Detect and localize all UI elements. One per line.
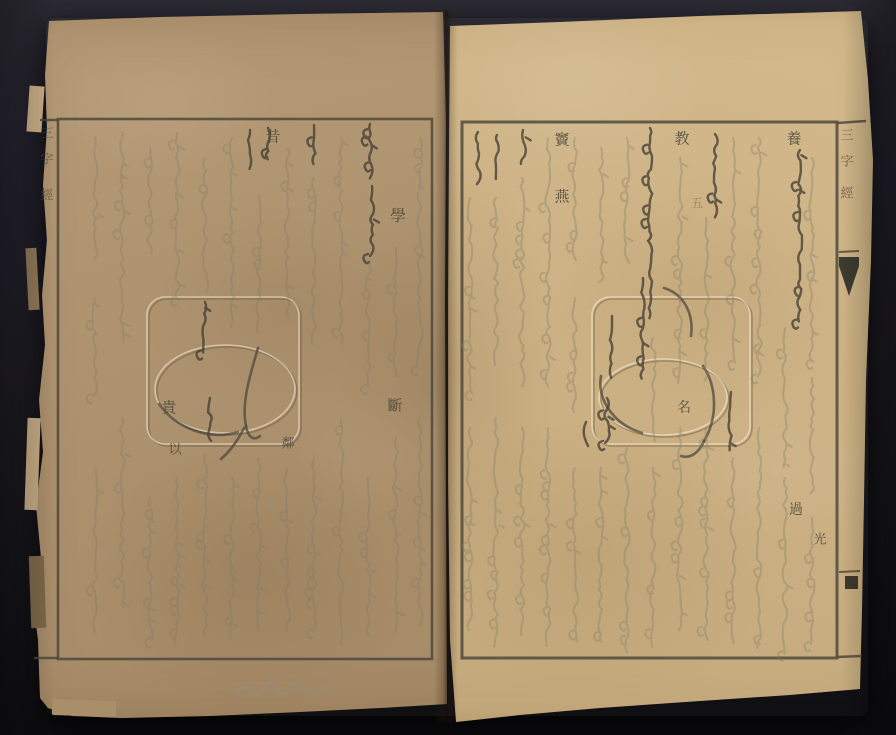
right-page-frame <box>462 121 866 658</box>
manchu-script-column <box>792 150 807 329</box>
margin-title-character: 字 <box>40 154 53 167</box>
frame-extension <box>837 656 862 657</box>
ink-overlay-svg <box>0 0 896 735</box>
embossed-stamp-border <box>149 299 301 446</box>
chinese-character: 燕 <box>554 190 569 205</box>
manchu-script-column <box>540 428 555 646</box>
printed-characters-layer: 昔學斷貴以鄰三字經竇燕教五養名過光三字經 <box>0 0 896 735</box>
manchu-script-column <box>282 148 294 317</box>
manchu-script-column <box>248 130 251 169</box>
manchu-script-column <box>567 138 577 260</box>
manchu-script-column <box>725 138 740 370</box>
torn-edge-fragment <box>52 699 117 717</box>
manchu-script-column <box>253 196 261 333</box>
manchu-script-column <box>262 128 270 159</box>
manchu-script-column <box>387 248 397 376</box>
manchu-script-column <box>778 478 792 660</box>
manchu-script-column <box>359 478 375 636</box>
manchu-script-column <box>804 158 817 369</box>
manchu-script-column <box>672 158 688 383</box>
manchu-script-column <box>645 468 659 647</box>
manchu-script-column <box>113 132 130 341</box>
manchu-script-column <box>777 328 792 468</box>
manchu-script-column <box>389 438 403 632</box>
manchu-script-column <box>200 158 208 292</box>
left-page-frame <box>34 119 432 659</box>
manchu-script-column <box>521 130 531 164</box>
manchu-script-column <box>224 478 238 638</box>
manchu-script-column <box>208 398 212 441</box>
manchu-script-column <box>567 468 581 642</box>
manchu-script-column <box>197 455 210 636</box>
manchu-script-column <box>598 398 614 450</box>
manchu-script-column <box>514 178 530 387</box>
manchu-script-column <box>651 338 655 441</box>
embossed-stamp-border <box>147 297 299 444</box>
manchu-script-column <box>476 132 481 184</box>
manchu-script-column <box>114 418 131 607</box>
manchu-script-column <box>729 392 736 450</box>
chinese-character: 斷 <box>387 399 402 414</box>
manchu-script-column <box>750 138 766 383</box>
manchu-script-column <box>223 138 237 328</box>
manchu-script-column <box>539 138 555 386</box>
manchu-script-column <box>700 218 711 381</box>
margin-title-character: 字 <box>840 156 853 169</box>
text-frame-border <box>462 122 837 658</box>
embossed-stamp-ellipse <box>157 347 297 435</box>
manchu-script-column <box>307 125 315 164</box>
stamp-ink-stroke <box>221 428 244 459</box>
chinese-character: 五 <box>691 197 703 209</box>
manchu-script-column <box>364 186 379 263</box>
margin-title-character: 經 <box>40 190 53 203</box>
manchu-script-column <box>488 418 504 646</box>
right-page <box>0 0 896 735</box>
chinese-character: 貴 <box>161 401 176 416</box>
manchu-script-column <box>810 378 814 493</box>
manchu-script-column <box>642 128 653 318</box>
margin-title-character: 三 <box>840 130 853 143</box>
manchu-script-column <box>280 468 292 631</box>
chinese-character: 光 <box>813 534 826 547</box>
banxin-divider <box>839 251 859 252</box>
frame-extension <box>837 121 866 123</box>
torn-edge-fragment <box>26 86 44 133</box>
stamp-ink-stroke <box>681 441 704 457</box>
manchu-script-column <box>362 124 377 178</box>
chinese-character: 教 <box>674 132 689 147</box>
margin-title-character: 經 <box>840 188 853 201</box>
manchu-script-column <box>462 198 476 400</box>
chinese-character: 竇 <box>554 133 569 148</box>
stamp-ink-stroke <box>245 348 258 426</box>
manchu-script-column <box>725 458 736 643</box>
chinese-character: 學 <box>390 208 406 224</box>
stamp-ink-stroke <box>664 288 692 336</box>
chinese-character: 養 <box>786 132 801 147</box>
left-page <box>0 0 896 735</box>
embossed-stamps <box>147 288 752 459</box>
manchu-script-column <box>621 138 634 263</box>
manchu-script-column <box>672 428 687 630</box>
manchu-script-column <box>197 302 211 360</box>
embossed-stamp-ellipse <box>599 359 727 435</box>
chinese-character: 以 <box>168 444 181 457</box>
manchu-script-column <box>698 428 714 640</box>
stamp-ink-stroke <box>246 426 260 438</box>
manchu-script-column <box>305 458 321 638</box>
manchu-script-column <box>411 138 424 375</box>
manchu-script-column <box>87 468 103 632</box>
manchu-script-column <box>333 418 344 645</box>
chinese-character: 鄰 <box>281 438 294 451</box>
manchu-script-column <box>361 262 372 394</box>
fishtail-marker <box>839 257 859 296</box>
photo-background: 昔學斷貴以鄰三字經竇燕教五養名過光三字經 <box>0 0 896 735</box>
manchu-script-column <box>143 498 156 647</box>
text-frame-border <box>58 119 432 659</box>
manchu-script-column <box>145 148 153 253</box>
embossed-stamp-ellipse <box>155 345 295 433</box>
banxin-divider <box>839 571 860 572</box>
manchu-script-column <box>514 428 530 635</box>
torn-edge-fragment <box>24 418 40 510</box>
manchu-script-column <box>412 418 425 626</box>
manchu-script-column <box>567 298 577 412</box>
manchu-script-column <box>251 458 265 630</box>
manchu-script-columns <box>87 124 818 660</box>
chinese-character: 昔 <box>265 130 280 145</box>
embossed-stamp-border <box>592 297 750 444</box>
stamp-ink-stroke <box>703 366 714 441</box>
manchu-script-column <box>170 478 184 646</box>
chinese-character: 名 <box>677 401 691 415</box>
torn-edge-fragment <box>25 248 39 310</box>
chinese-character: 過 <box>789 503 803 517</box>
torn-edge-fragment <box>29 556 47 628</box>
stamp-ink-stroke <box>600 376 642 433</box>
manchu-script-column <box>618 448 629 652</box>
manchu-script-column <box>93 138 103 259</box>
banxin-block <box>845 576 858 589</box>
manchu-script-column <box>610 316 612 378</box>
embossed-stamp-border <box>594 299 752 446</box>
manchu-script-column <box>708 134 722 217</box>
page-seam-shadow <box>434 10 458 722</box>
manchu-script-column <box>308 178 316 344</box>
stamp-ink-stroke <box>159 404 238 435</box>
manchu-script-column <box>754 428 761 648</box>
manchu-script-column <box>491 198 499 365</box>
manchu-script-column <box>594 468 607 642</box>
manchu-script-column <box>169 133 185 306</box>
margin-title-character: 三 <box>40 128 53 141</box>
manchu-script-column <box>463 428 477 630</box>
book-drop-shadow <box>46 18 868 716</box>
manchu-script-column <box>584 422 588 446</box>
manchu-script-column <box>332 138 348 344</box>
pencil-inscription <box>236 683 329 696</box>
manchu-script-column <box>495 135 498 179</box>
embossed-stamp-ellipse <box>601 361 729 437</box>
manchu-script-column <box>637 278 648 379</box>
manchu-script-column <box>87 298 100 403</box>
manchu-script-column <box>599 148 608 282</box>
manchu-script-column <box>805 518 815 651</box>
